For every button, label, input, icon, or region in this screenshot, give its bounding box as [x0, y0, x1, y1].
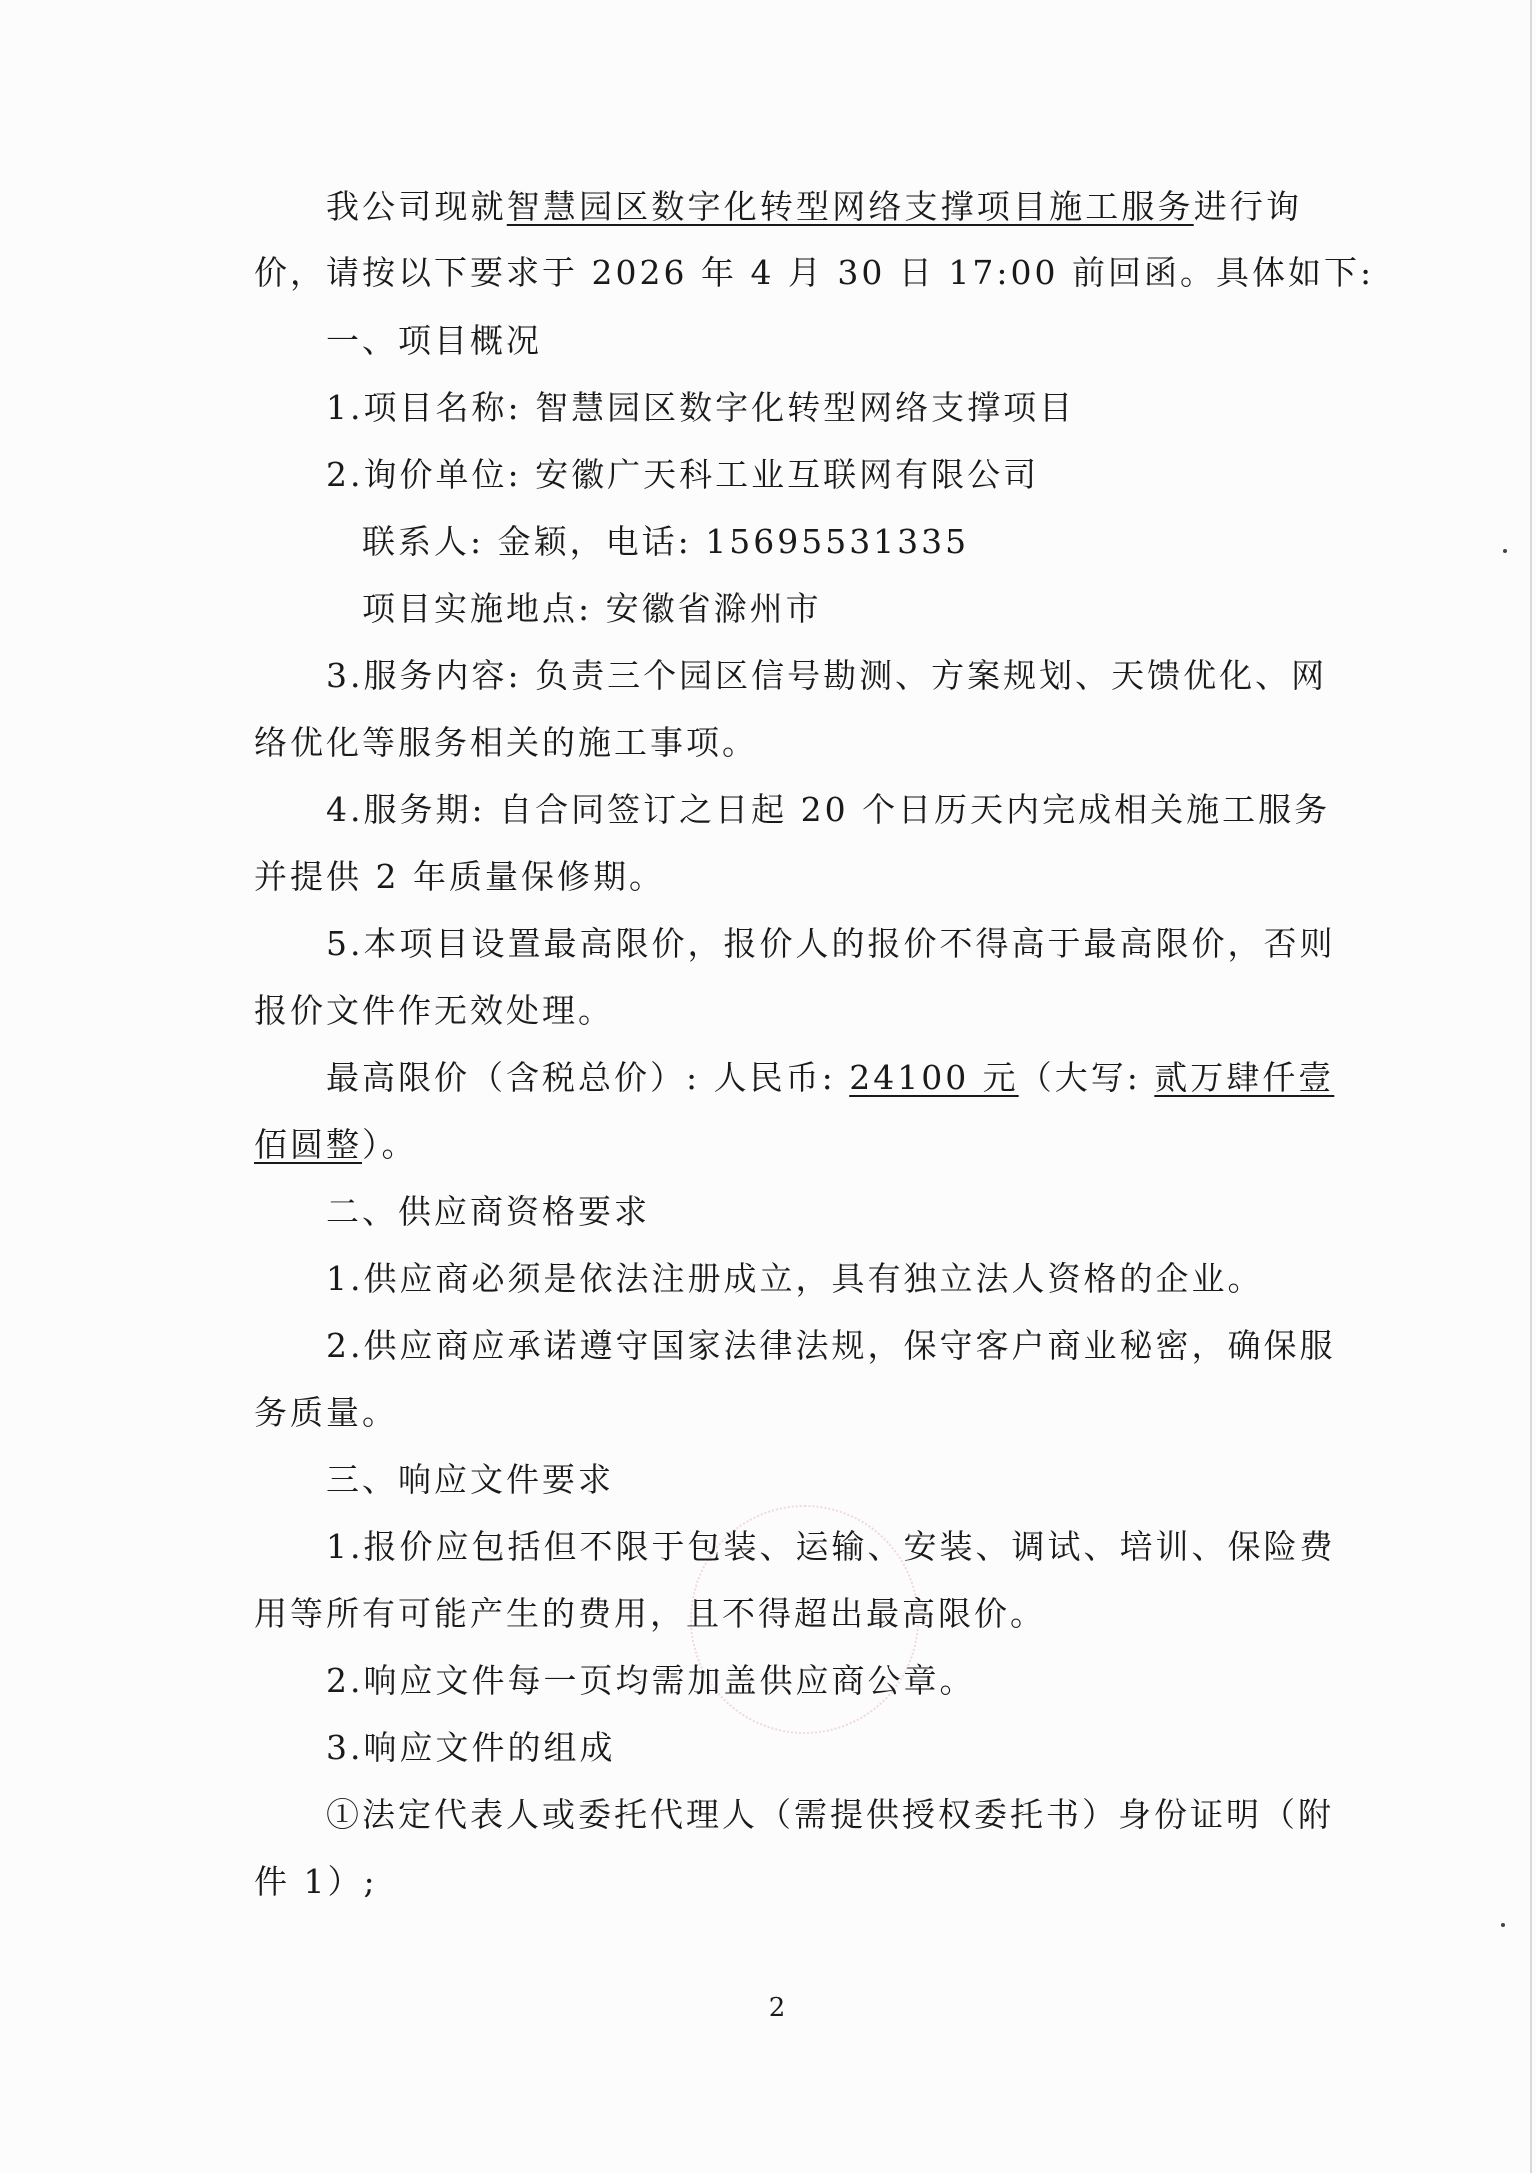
intro-line-1: 我公司现就智慧园区数字化转型网络支撑项目施工服务进行询 [254, 184, 1302, 230]
response-requirement-2: 2.响应文件每一页均需加盖供应商公章。 [254, 1658, 1302, 1704]
max-price-line-2: 佰圆整）。 [254, 1122, 1302, 1168]
scan-edge-line [1530, 0, 1532, 2173]
service-content-line-1: 3.服务内容: 负责三个园区信号勘测、方案规划、天馈优化、网 [254, 653, 1302, 699]
max-price-label: 最高限价（含税总价）: 人民币: [326, 1058, 849, 1097]
price-cap-line-1: 5.本项目设置最高限价，报价人的报价不得高于最高限价，否则 [254, 921, 1302, 967]
max-price-words-label: （大写: [1019, 1058, 1155, 1097]
section-1-heading: 一、项目概况 [254, 318, 1302, 364]
intro-text: 我公司现就 [326, 187, 507, 226]
price-cap-line-2: 报价文件作无效处理。 [254, 988, 1302, 1034]
inquiry-unit-item: 2.询价单位: 安徽广天科工业互联网有限公司 [254, 452, 1302, 498]
max-price-close: ）。 [362, 1125, 418, 1164]
page-number: 2 [762, 1988, 792, 2028]
scan-speck [1501, 1923, 1505, 1927]
max-price-words: 佰圆整 [254, 1125, 362, 1164]
max-price-words: 贰万肆仟壹 [1154, 1058, 1334, 1097]
response-requirement-1-line-1: 1.报价应包括但不限于包装、运输、安装、调试、培训、保险费 [254, 1524, 1302, 1570]
service-period-line-1: 4.服务期: 自合同签订之日起 20 个日历天内完成相关施工服务 [254, 787, 1302, 833]
max-price-amount: 24100 元 [849, 1058, 1018, 1097]
supplier-requirement-1: 1.供应商必须是依法注册成立，具有独立法人资格的企业。 [254, 1256, 1302, 1302]
project-name-item: 1.项目名称: 智慧园区数字化转型网络支撑项目 [254, 385, 1302, 431]
section-3-heading: 三、响应文件要求 [254, 1457, 1302, 1503]
supplier-requirement-2-line-2: 务质量。 [254, 1390, 1302, 1436]
section-2-heading: 二、供应商资格要求 [254, 1189, 1302, 1235]
project-location: 项目实施地点: 安徽省滁州市 [254, 586, 1302, 632]
response-requirement-3: 3.响应文件的组成 [254, 1725, 1302, 1771]
max-price-line-1: 最高限价（含税总价）: 人民币: 24100 元（大写: 贰万肆仟壹 [254, 1055, 1302, 1101]
service-content-line-2: 络优化等服务相关的施工事项。 [254, 720, 1302, 766]
contact-info: 联系人: 金颖，电话: 15695531335 [254, 519, 1302, 565]
supplier-requirement-2-line-1: 2.供应商应承诺遵守国家法律法规，保守客户商业秘密，确保服 [254, 1323, 1302, 1369]
response-composition-1-line-2: 件 1）; [254, 1859, 1302, 1905]
project-service-name: 智慧园区数字化转型网络支撑项目施工服务 [507, 187, 1194, 226]
scan-speck [1503, 549, 1507, 553]
response-requirement-1-line-2: 用等所有可能产生的费用，且不得超出最高限价。 [254, 1591, 1302, 1637]
service-period-line-2: 并提供 2 年质量保修期。 [254, 854, 1302, 900]
response-composition-1-line-1: ①法定代表人或委托代理人（需提供授权委托书）身份证明（附 [254, 1792, 1302, 1838]
intro-line-2: 价，请按以下要求于 2026 年 4 月 30 日 17:00 前回函。具体如下… [254, 250, 1302, 296]
intro-text: 进行询 [1194, 187, 1302, 226]
